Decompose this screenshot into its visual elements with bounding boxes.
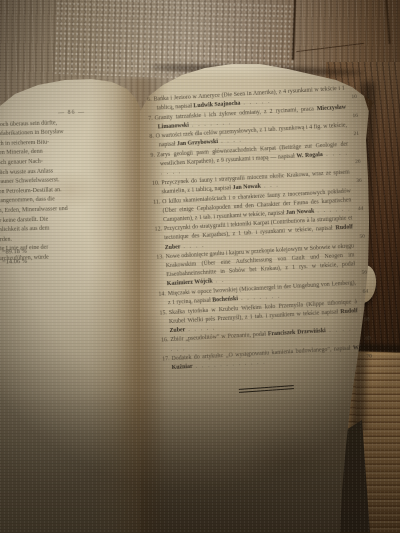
photo-of-open-book: — 86 — m Gebiete noch überaus sein dürft… — [0, 0, 400, 533]
photo-grain — [0, 0, 400, 533]
